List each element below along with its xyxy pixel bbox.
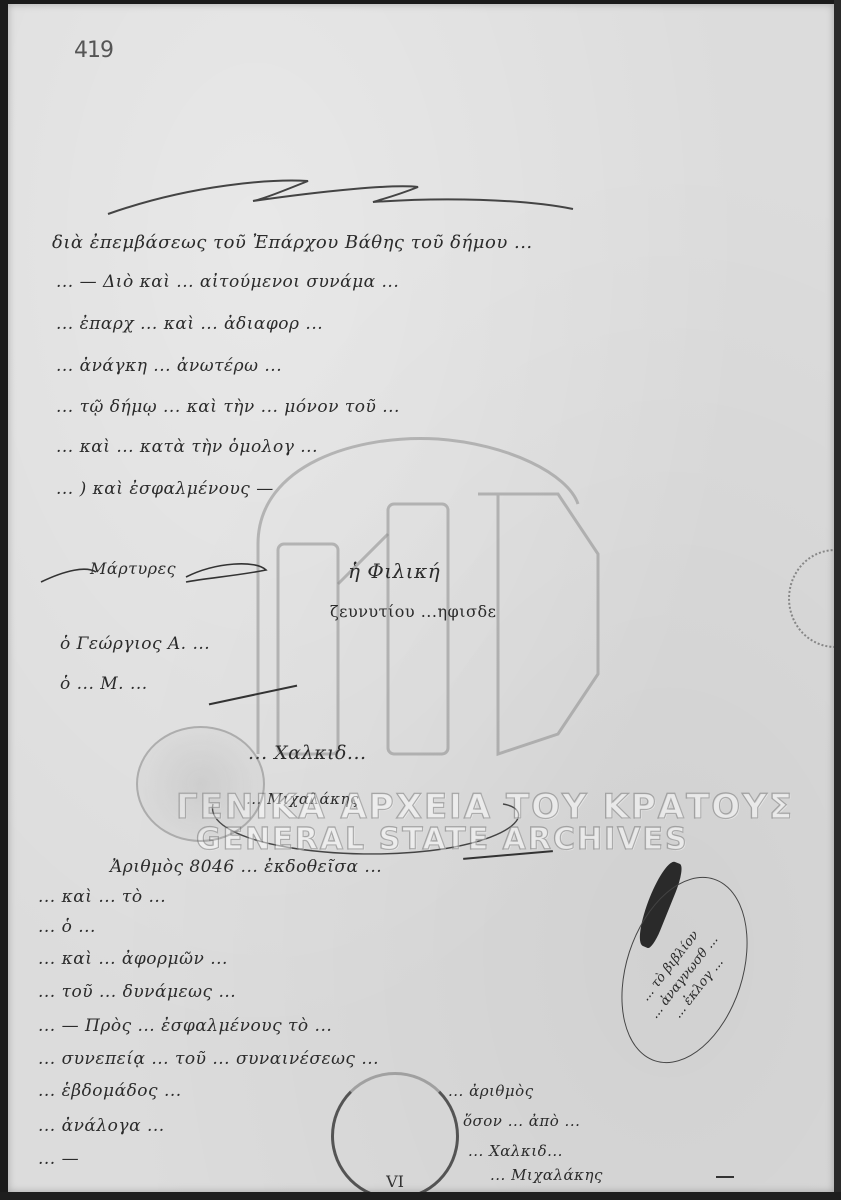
middle-signature-1: ... Χαλκιδ... [248, 742, 367, 764]
center-signature-title: ἡ Φιλική [348, 559, 440, 583]
bottom-right-line-2: ὅσον ... ἀπὸ ... [463, 1112, 580, 1130]
lower-line-1: Ἀριθμὸς 8046 ... ἐκδοθεῖσα ... [110, 857, 382, 877]
body-line-3: ... ἐπαρχ ... καὶ ... ἀδιαφορ ... [56, 314, 323, 334]
lower-line-7: ... συνεπείᾳ ... τοῦ ... συναινέσεως ... [38, 1049, 379, 1069]
lower-line-2: ... καὶ ... τὸ ... [38, 887, 166, 907]
body-line-5: ... τῷ δήμῳ ... καὶ τὴν ... μόνον τοῦ ..… [56, 397, 400, 417]
lower-line-6: ... — Πρὸς ... ἐσφαλμένους τὸ ... [38, 1016, 332, 1036]
stamp-label: VI [334, 1172, 456, 1191]
top-flourish [103, 169, 583, 219]
lower-line-4: ... καὶ ... ἀφορμῶν ... [38, 949, 228, 969]
witness-signature-2: ὁ ... Μ. ... [60, 674, 148, 694]
lower-line-8: ... ἑβδομάδος ... [38, 1081, 182, 1101]
folio-number: 419 [74, 38, 113, 63]
document-page: 419 διὰ ἐπεμβάσεως τοῦ Ἐπάρχου Βάθης τοῦ… [8, 4, 834, 1192]
round-ink-stamp: VI [331, 1072, 459, 1200]
witness-signature-1: ὁ Γεώργιος Α. ... [60, 634, 210, 654]
lower-line-5: ... τοῦ ... δυνάμεως ... [38, 982, 236, 1002]
bottom-right-line-1: ... ἀριθμὸς [448, 1082, 534, 1100]
faded-round-stamp [136, 726, 265, 842]
bottom-right-signature-2: ... Μιχαλάκης [490, 1166, 603, 1184]
bottom-dash [716, 1176, 734, 1178]
oval-note-line-2: ... ἀναγνωσθ ... [628, 909, 741, 1046]
watermark-greek: ΓΕΝΙΚΑ ΑΡΧΕΙΑ ΤΟΥ ΚΡΑΤΟΥΣ [176, 787, 794, 827]
body-line-1: διὰ ἐπεμβάσεως τοῦ Ἐπάρχου Βάθης τοῦ δήμ… [52, 232, 533, 253]
bottom-right-signature-1: ... Χαλκιδ... [468, 1142, 563, 1160]
watermark-monogram [238, 424, 618, 764]
lower-line-9: ... ἀνάλογα ... [38, 1116, 165, 1136]
scan-edge-right [834, 0, 841, 1200]
lower-line-10: ... — [38, 1149, 79, 1169]
watermark-english: GENERAL STATE ARCHIVES [196, 822, 689, 857]
lower-line-3: ... ὁ ... [38, 917, 96, 937]
scan-edge-bottom [0, 1192, 841, 1200]
body-line-2: ... — Διὸ καὶ ... αἰτούμενοι συνάμα ... [56, 272, 399, 292]
center-signature-name: ζευνυτίου ...ηφισδε [330, 602, 496, 621]
witness-label: Μάρτυρες [90, 559, 176, 578]
body-line-4: ... ἀνάγκη ... ἀνωτέρω ... [56, 356, 282, 376]
marginal-oval-note: ... τὸ βιβλίον ... ἀναγνωσθ ... ... ἐκλο… [599, 861, 770, 1080]
